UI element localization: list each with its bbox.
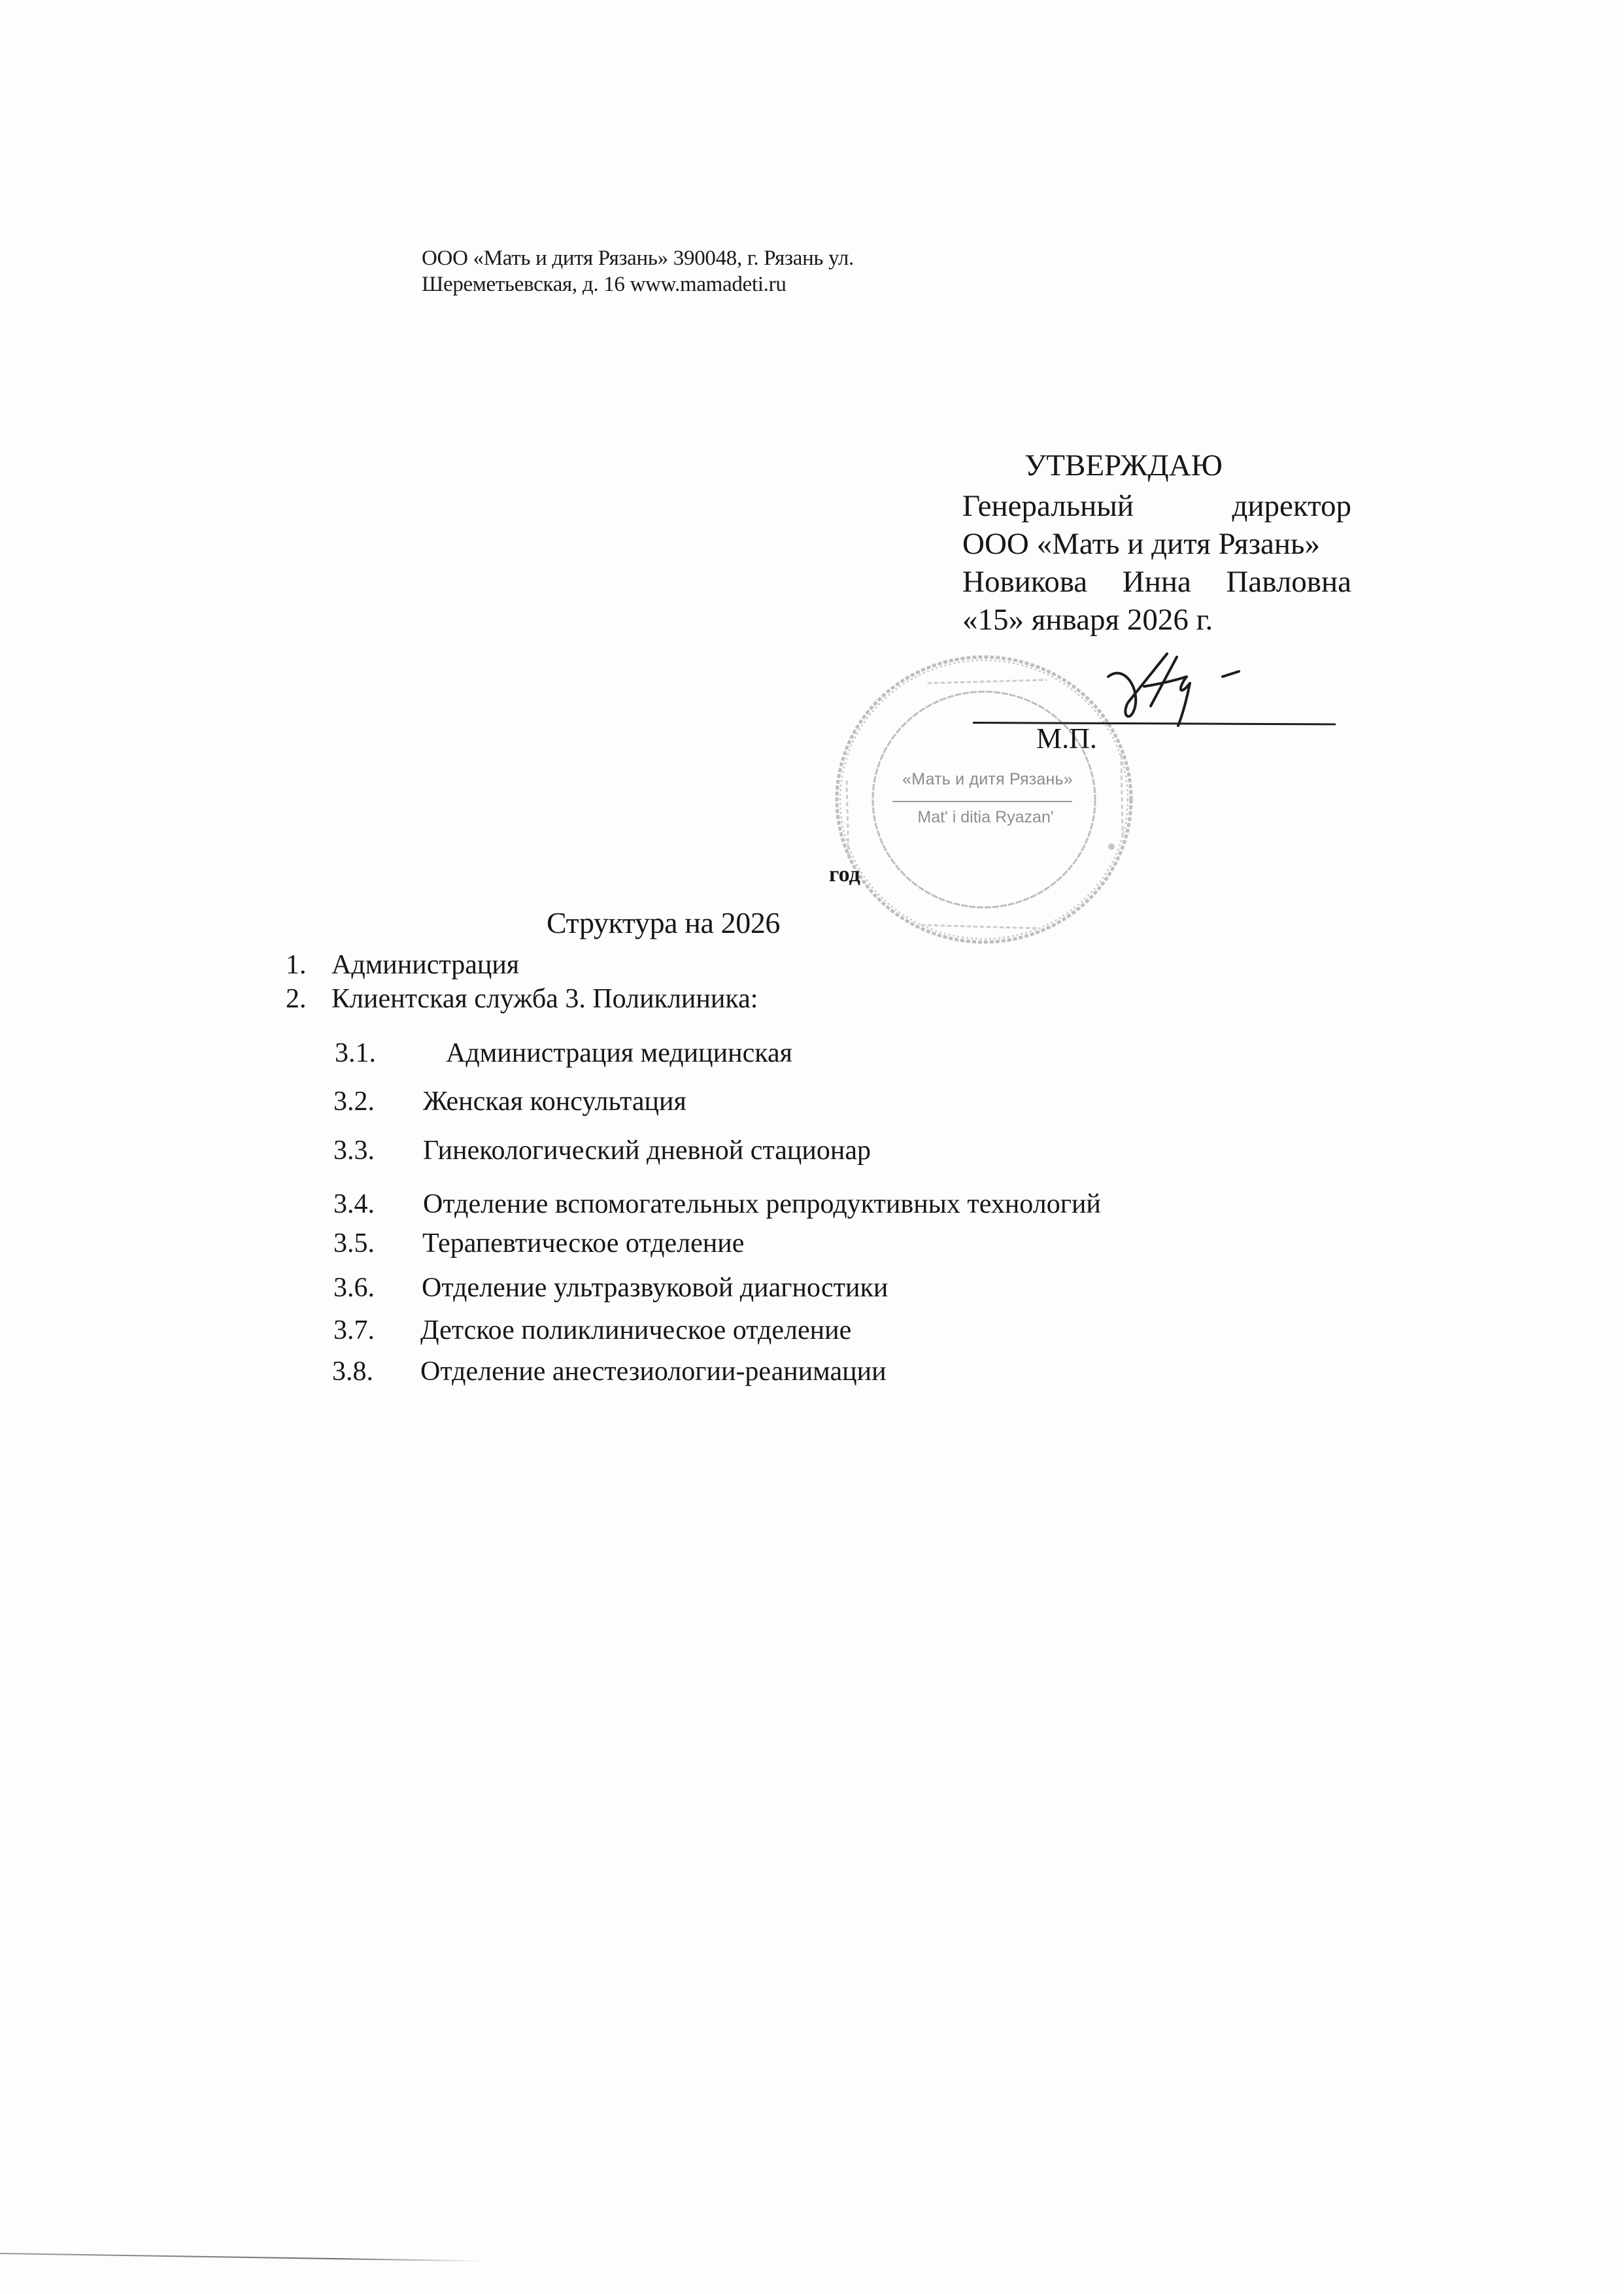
address-line-1: ООО «Мать и дитя Рязань» 390048, г. Ряза… — [422, 245, 1010, 271]
approver-name: Новикова Инна Павловна — [962, 563, 1351, 601]
list-item: 2.Клиентская служба 3. Поликлиника: — [286, 982, 758, 1016]
company-seal-stamp — [830, 650, 1138, 948]
scan-edge-line — [0, 2253, 484, 2262]
address-line-2: Шереметьевская, д. 16 www.mamadeti.ru — [422, 271, 1010, 297]
list-item-number: 3.3. — [333, 1134, 418, 1167]
approver-position: Генеральный директор — [962, 487, 1351, 525]
organization-address: ООО «Мать и дитя Рязань» 390048, г. Ряза… — [422, 245, 1010, 297]
approval-block: УТВЕРЖДАЮ Генеральный директор ООО «Мать… — [962, 447, 1351, 639]
list-item-label: Гинекологический дневной стационар — [423, 1134, 871, 1167]
list-item-number: 3.5. — [333, 1227, 418, 1260]
list-item-number: 1. — [286, 948, 331, 982]
list-item-label: Администрация — [331, 950, 519, 980]
list-item-label: Отделение анестезиологии-реанимации — [420, 1355, 887, 1388]
list-item-label: Женская консультация — [423, 1085, 686, 1118]
approver-organization: ООО «Мать и дитя Рязань» — [962, 525, 1351, 563]
list-item-number: 3.4. — [333, 1188, 418, 1221]
list-item-number: 2. — [286, 982, 331, 1016]
list-item-number: 3.6. — [333, 1272, 418, 1304]
list-item-label: Клиентская служба 3. Поликлиника: — [331, 984, 758, 1014]
approval-title: УТВЕРЖДАЮ — [962, 447, 1351, 484]
stamp-name-ru: «Мать и дитя Рязань» — [875, 770, 1100, 789]
title-year-suffix: год — [829, 862, 860, 888]
seal-place-label: М.П. — [1036, 722, 1097, 755]
signature-icon — [1105, 650, 1255, 729]
structure-list: 1.Администрация 2.Клиентская служба 3. П… — [286, 948, 758, 1016]
list-item-label: Отделение вспомогательных репродуктивных… — [423, 1188, 1101, 1221]
list-item-label: Детское поликлиническое отделение — [420, 1314, 851, 1347]
stamp-name-latin: Mat' i ditia Ryazan' — [883, 808, 1089, 827]
list-item-label: Терапевтическое отделение — [422, 1227, 744, 1260]
document-title: Структура на 2026 — [547, 905, 780, 941]
list-item-number: 3.7. — [333, 1314, 418, 1347]
list-item-number: 3.2. — [333, 1085, 418, 1118]
list-item-number: 3.8. — [332, 1355, 417, 1388]
list-item-label: Администрация медицинская — [446, 1037, 792, 1070]
stamp-divider — [892, 801, 1072, 802]
approval-date: «15» января 2026 г. — [962, 601, 1351, 639]
list-item-number: 3.1. — [335, 1037, 420, 1070]
list-item: 1.Администрация — [286, 948, 758, 982]
list-item-label: Отделение ультразвуковой диагностики — [422, 1272, 888, 1304]
